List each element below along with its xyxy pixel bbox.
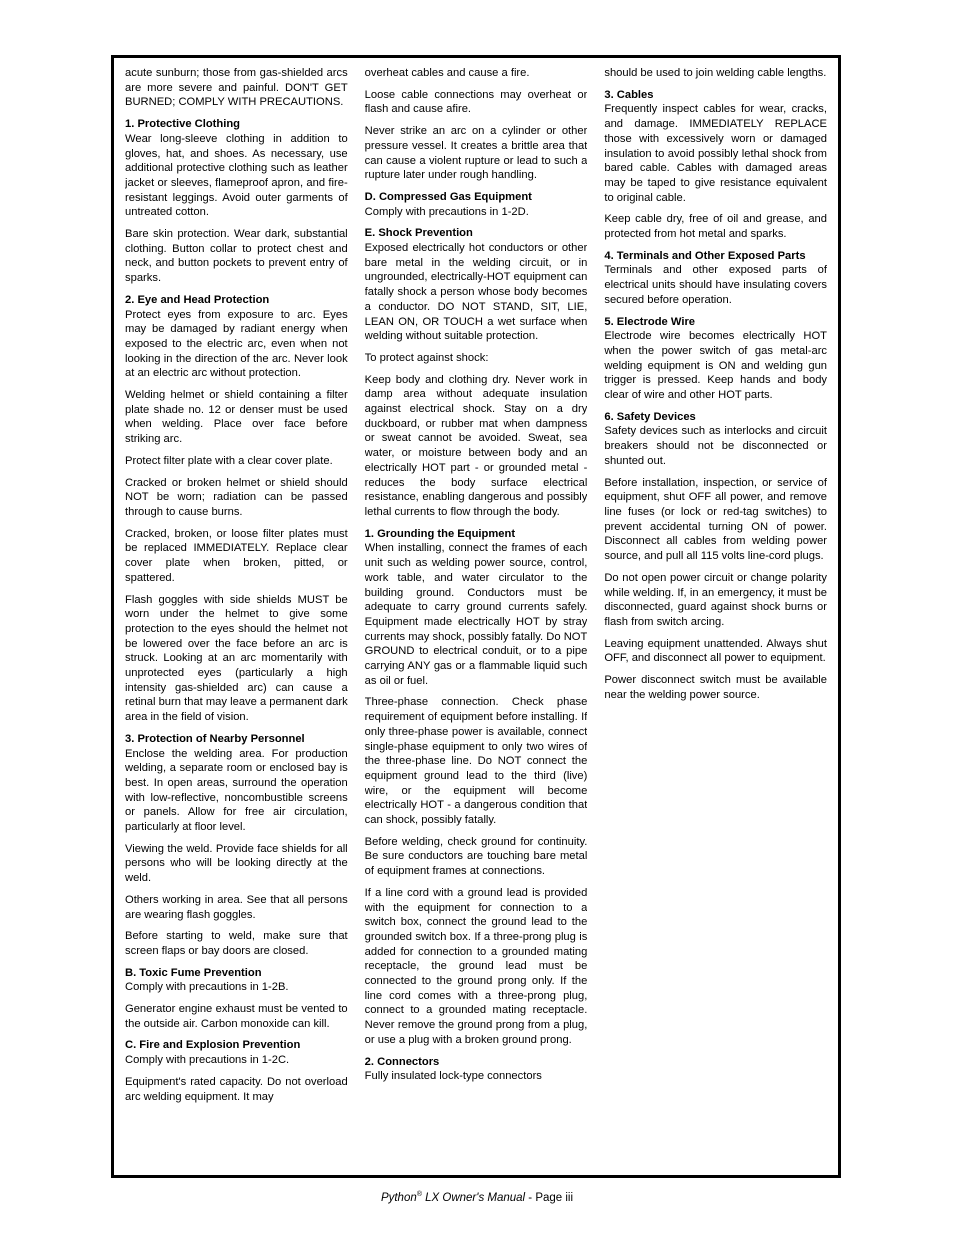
body-paragraph: Leaving equipment unattended. Always shu…	[604, 637, 827, 666]
body-paragraph: Electrode wire becomes electrically HOT …	[604, 329, 827, 403]
body-paragraph: Welding helmet or shield containing a fi…	[125, 388, 348, 447]
footer-manual-title: Python® LX Owner's Manual	[381, 1192, 525, 1204]
body-paragraph: Frequently inspect cables for wear, crac…	[604, 102, 827, 205]
section-heading: B. Toxic Fume Prevention	[125, 966, 348, 981]
body-paragraph: Cracked, broken, or loose filter plates …	[125, 527, 348, 586]
text-column-3: should be used to join welding cable len…	[604, 66, 827, 1167]
section-heading: 1. Grounding the Equipment	[365, 527, 588, 542]
text-column-2: overheat cables and cause a fire.Loose c…	[365, 66, 588, 1167]
body-paragraph: Comply with precautions in 1-2D.	[365, 205, 588, 220]
section-heading: 6. Safety Devices	[604, 410, 827, 425]
body-paragraph: Terminals and other exposed parts of ele…	[604, 263, 827, 307]
body-paragraph: Protect filter plate with a clear cover …	[125, 454, 348, 469]
body-paragraph: To protect against shock:	[365, 351, 588, 366]
content-border-box: acute sunburn; those from gas-shielded a…	[111, 55, 841, 1178]
body-paragraph: Viewing the weld. Provide face shields f…	[125, 842, 348, 886]
footer-page-number: - Page iii	[525, 1192, 573, 1204]
section-heading: E. Shock Prevention	[365, 226, 588, 241]
page-footer: Python® LX Owner's Manual - Page iii	[0, 1192, 954, 1204]
body-paragraph: Do not open power circuit or change pola…	[604, 571, 827, 630]
manual-page: acute sunburn; those from gas-shielded a…	[0, 0, 954, 1235]
body-paragraph: should be used to join welding cable len…	[604, 66, 827, 81]
section-heading: 3. Cables	[604, 88, 827, 103]
body-paragraph: Generator engine exhaust must be vented …	[125, 1002, 348, 1031]
body-paragraph: Power disconnect switch must be availabl…	[604, 673, 827, 702]
body-paragraph: Comply with precautions in 1-2C.	[125, 1053, 348, 1068]
body-paragraph: Comply with precautions in 1-2B.	[125, 980, 348, 995]
body-paragraph: Exposed electrically hot conductors or o…	[365, 241, 588, 344]
body-paragraph: Wear long-sleeve clothing in addition to…	[125, 132, 348, 220]
section-heading: 1. Protective Clothing	[125, 117, 348, 132]
section-heading: 5. Electrode Wire	[604, 315, 827, 330]
body-paragraph: Before welding, check ground for continu…	[365, 835, 588, 879]
body-paragraph: Fully insulated lock-type connectors	[365, 1069, 588, 1084]
body-paragraph: Flash goggles with side shields MUST be …	[125, 593, 348, 725]
body-paragraph: If a line cord with a ground lead is pro…	[365, 886, 588, 1048]
body-paragraph: Others working in area. See that all per…	[125, 893, 348, 922]
body-paragraph: Before starting to weld, make sure that …	[125, 929, 348, 958]
section-heading: 3. Protection of Nearby Personnel	[125, 732, 348, 747]
body-paragraph: Protect eyes from exposure to arc. Eyes …	[125, 308, 348, 382]
body-paragraph: Before installation, inspection, or serv…	[604, 476, 827, 564]
body-paragraph: Three-phase connection. Check phase requ…	[365, 695, 588, 827]
section-heading: C. Fire and Explosion Prevention	[125, 1038, 348, 1053]
body-paragraph: acute sunburn; those from gas-shielded a…	[125, 66, 348, 110]
body-paragraph: Loose cable connections may overheat or …	[365, 88, 588, 117]
section-heading: 2. Connectors	[365, 1055, 588, 1070]
body-paragraph: Enclose the welding area. For production…	[125, 747, 348, 835]
body-paragraph: overheat cables and cause a fire.	[365, 66, 588, 81]
section-heading: 2. Eye and Head Protection	[125, 293, 348, 308]
body-paragraph: Safety devices such as interlocks and ci…	[604, 424, 827, 468]
body-paragraph: When installing, connect the frames of e…	[365, 541, 588, 688]
section-heading: D. Compressed Gas Equipment	[365, 190, 588, 205]
body-paragraph: Equipment's rated capacity. Do not overl…	[125, 1075, 348, 1104]
section-heading: 4. Terminals and Other Exposed Parts	[604, 249, 827, 264]
footer-title-name: Python	[381, 1192, 417, 1204]
footer-title-rest: LX Owner's Manual	[422, 1192, 525, 1204]
body-paragraph: Cracked or broken helmet or shield shoul…	[125, 476, 348, 520]
body-paragraph: Bare skin protection. Wear dark, substan…	[125, 227, 348, 286]
body-paragraph: Never strike an arc on a cylinder or oth…	[365, 124, 588, 183]
text-column-1: acute sunburn; those from gas-shielded a…	[125, 66, 348, 1167]
body-paragraph: Keep body and clothing dry. Never work i…	[365, 373, 588, 520]
body-paragraph: Keep cable dry, free of oil and grease, …	[604, 212, 827, 241]
